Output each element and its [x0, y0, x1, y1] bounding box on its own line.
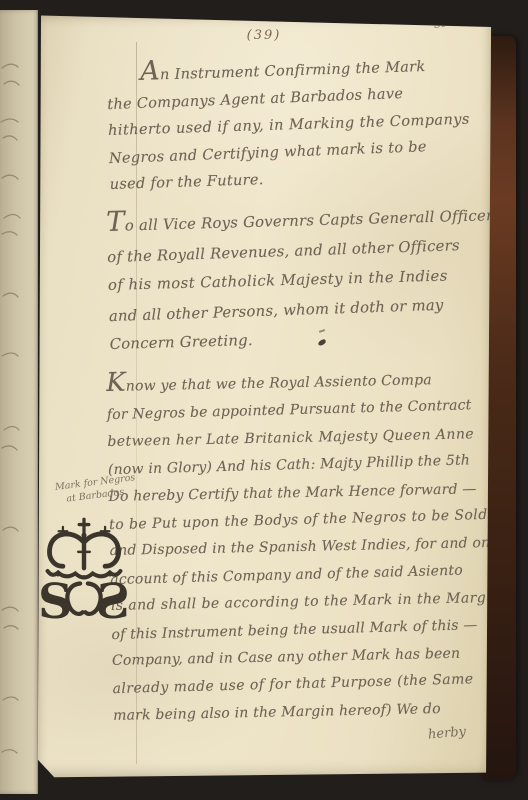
folio-number: 39 [433, 16, 449, 31]
svg-text:S: S [95, 574, 130, 630]
svg-text:S: S [38, 574, 73, 630]
address-paragraph: To all Vice Roys Governrs Capts Generall… [106, 201, 488, 359]
manuscript-page: (39) 39 An Instrument Confirming the Mar… [36, 14, 492, 778]
crown-monogram-brand-mark-icon: S S [38, 514, 130, 630]
title-paragraph: An Instrument Confirming the Markthe Com… [106, 52, 488, 199]
previous-page-edge [0, 10, 38, 794]
page-header-number: (39) [36, 28, 492, 43]
body-paragraph: Know ye that we the Royal Assiento Compa… [106, 366, 491, 730]
previous-page-text-fragments [0, 10, 38, 794]
catchword: herby [427, 724, 466, 742]
ink-flourish [316, 330, 328, 350]
manuscript-scan: (39) 39 An Instrument Confirming the Mar… [0, 0, 528, 800]
